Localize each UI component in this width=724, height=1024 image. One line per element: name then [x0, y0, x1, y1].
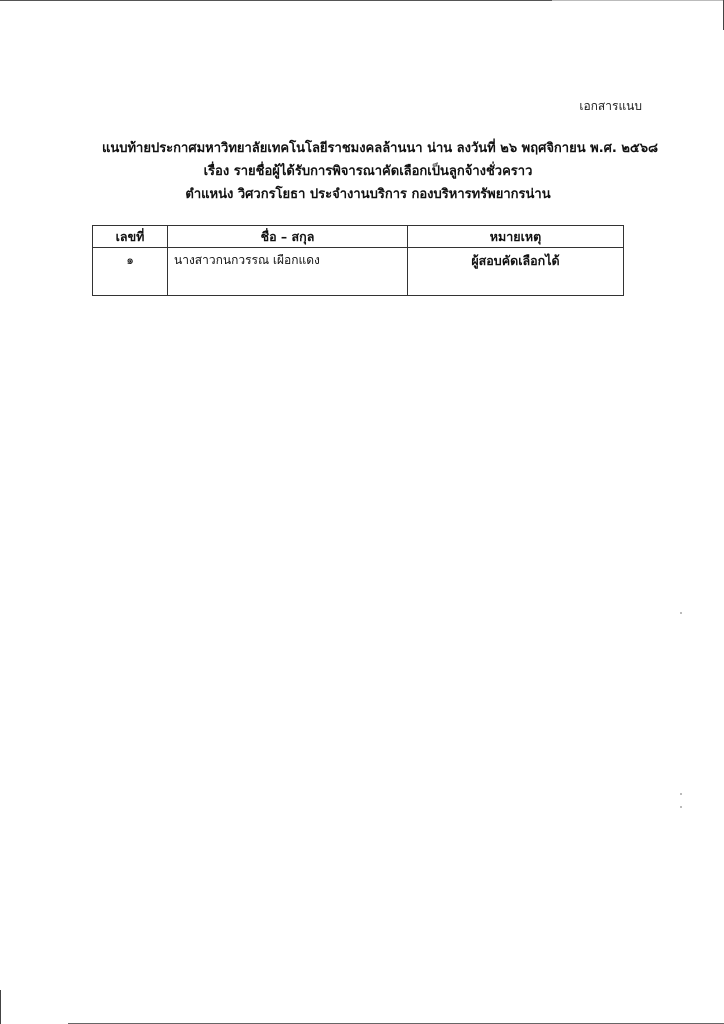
cell-remark: ผู้สอบคัดเลือกได้: [408, 248, 624, 296]
header-number: เลขที่: [93, 226, 168, 248]
position-line: ตำแหน่ง วิศวกรโยธา ประจำงานบริการ กองบริ…: [6, 183, 724, 204]
table-header-row: เลขที่ ชื่อ – สกุล หมายเหตุ: [93, 226, 624, 248]
scan-edge-top-faint: [552, 0, 724, 1]
attachment-label: เอกสารแนบ: [579, 97, 642, 116]
scan-speck: [680, 793, 682, 795]
announcement-heading: แนบท้ายประกาศมหาวิทยาลัยเทคโนโลยีราชมงคล…: [18, 137, 724, 158]
scan-edge-left: [0, 990, 1, 1024]
scan-speck: [680, 612, 682, 614]
header-name: ชื่อ – สกุล: [168, 226, 408, 248]
table-row: ๑ นางสาวกนกวรรณ เผือกแดง ผู้สอบคัดเลือกไ…: [93, 248, 624, 296]
scan-speck: [680, 806, 682, 808]
header-remark: หมายเหตุ: [408, 226, 624, 248]
cell-number: ๑: [93, 248, 168, 296]
cell-name: นางสาวกนกวรรณ เผือกแดง: [168, 248, 408, 296]
candidate-table: เลขที่ ชื่อ – สกุล หมายเหตุ ๑ นางสาวกนกว…: [92, 225, 624, 296]
scan-edge-top: [0, 0, 552, 1]
subject-line: เรื่อง รายชื่อผู้ได้รับการพิจารณาคัดเลือ…: [6, 160, 724, 181]
